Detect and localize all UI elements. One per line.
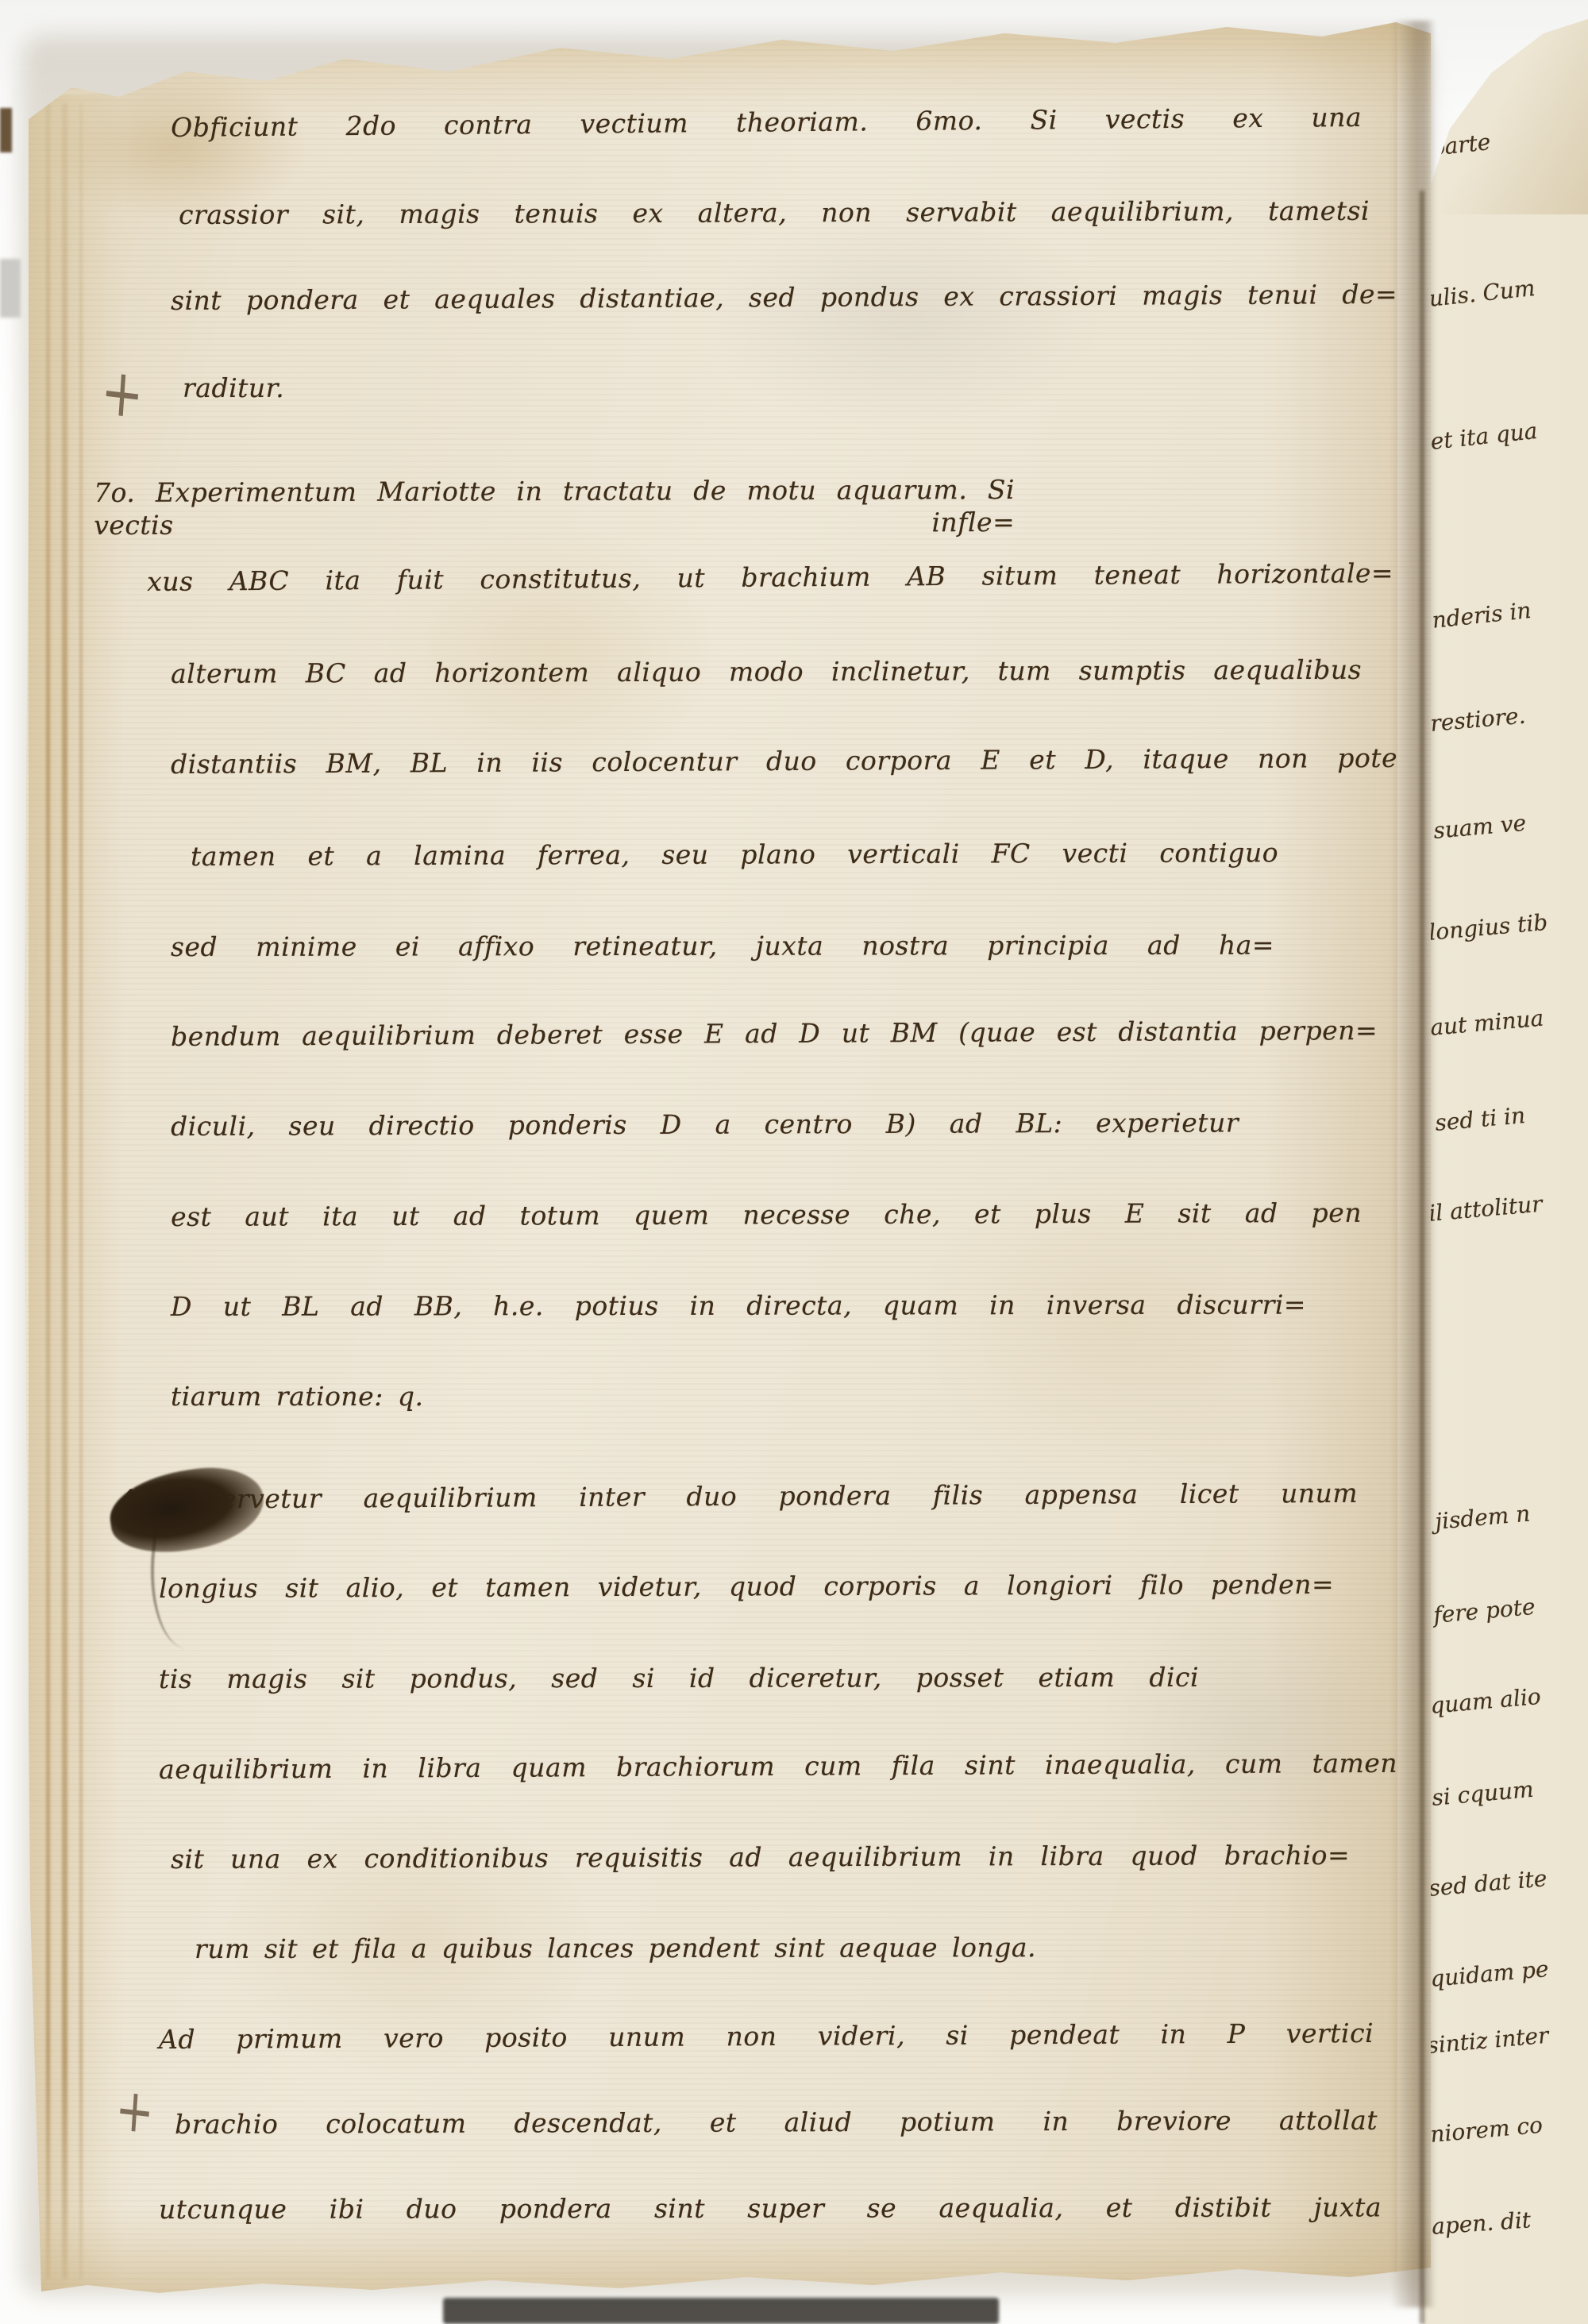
page-fold-crease <box>1420 191 1424 2324</box>
curved-edge-text-fragment: restiore. <box>1429 703 1527 738</box>
curved-edge-text-fragment: aut minua <box>1429 1005 1545 1042</box>
manuscript-text-line: brachio colocatum descendat, et aliud po… <box>175 2104 1378 2146</box>
deckle-streak <box>62 103 67 2279</box>
facing-page-top-edge <box>1423 16 1588 214</box>
manuscript-text-line: est aut ita ut ad totum quem necesse che… <box>171 1197 1362 1239</box>
manuscript-text-line: distantiis BM, BL in iis colocentur duo … <box>171 742 1397 786</box>
curved-edge-text-fragment: sed ti in <box>1434 1102 1526 1136</box>
manuscript-text-line: Ad primum vero posito unum non videri, s… <box>159 2017 1374 2061</box>
manuscript-text-line: 4o. Servetur aequilibrium inter duo pond… <box>119 1477 1358 1521</box>
curved-edge-text-fragment: longius tib <box>1428 909 1549 946</box>
manuscript-text-line: sit una ex conditionibus requisitis ad a… <box>171 1839 1350 1881</box>
manuscript-text-line: crassior sit, magis tenuis ex altera, no… <box>179 195 1370 237</box>
curved-edge-text-fragment: nderis in <box>1431 597 1532 634</box>
manuscript-text-line: 7o. Experimentum Mariotte in tractatu de… <box>94 473 1015 515</box>
manuscript-page: Obficiunt 2do contra vectium theoriam. 6… <box>0 0 1588 2324</box>
manuscript-text-line: tiarum ratione: q. <box>171 1380 423 1413</box>
margin-cross: + <box>98 359 145 430</box>
curved-edge-text-fragment: jisdem n <box>1434 1501 1531 1536</box>
manuscript-text-line: sint pondera et aequales distantiae, sed… <box>171 278 1397 322</box>
manuscript-text-line: diculi, seu directio ponderis D a centro… <box>171 1106 1239 1148</box>
curved-edge-text-fragment: sintiz inter <box>1426 2022 1550 2060</box>
left-edge-gray-mark <box>0 259 21 318</box>
curved-edge-text-fragment: quidam pe <box>1429 1956 1550 1992</box>
manuscript-text-line: bendum aequilibrium deberet esse E ad D … <box>171 1014 1378 1058</box>
manuscript-text-line: tamen et a lamina ferrea, seu plano vert… <box>191 836 1278 878</box>
manuscript-text-line: alterum BC ad horizontem aliquo modo inc… <box>171 653 1362 696</box>
manuscript-text-line: tis magis sit pondus, sed si id diceretu… <box>159 1661 1199 1701</box>
bottom-shadow-strip <box>443 2298 999 2324</box>
curved-edge-text-fragment: et ita qua <box>1429 418 1539 456</box>
paper-texture <box>0 0 1588 2324</box>
photo-background: parteulis. Cumet ita quanderis inrestior… <box>0 0 1588 2324</box>
curved-edge-text-fragment: ulis. Cum <box>1428 275 1536 312</box>
curved-edge-text-fragment: sed dat ite <box>1428 1865 1548 1902</box>
curved-edge-text-fragment: niorem co <box>1429 2112 1544 2149</box>
deckle-streak <box>46 103 50 2279</box>
manuscript-text-line: sed minime ei affixo retineatur, juxta n… <box>171 929 1274 969</box>
book-gutter-shadow <box>1391 21 1436 2307</box>
curved-edge-text-fragment: il attolitur <box>1428 1190 1544 1227</box>
manuscript-text-line: D ut BL ad BB, h.e. potius in directa, q… <box>171 1289 1306 1328</box>
binding-edge-mark <box>0 108 12 152</box>
manuscript-text-line: aequilibrium in libra quam brachiorum cu… <box>159 1747 1397 1791</box>
manuscript-text-line: utcunque ibi duo pondera sint super se a… <box>159 2191 1382 2231</box>
margin-cross: + <box>114 2079 156 2143</box>
curved-edge-text-fragment: si cquum <box>1431 1776 1535 1812</box>
manuscript-text-line: longius sit alio, et tamen videtur, quod… <box>159 1568 1334 1610</box>
curved-edge-text-fragment: apen. dit <box>1431 2206 1532 2240</box>
manuscript-text-line: raditur. <box>183 372 284 404</box>
manuscript-text-line: rum sit et fila a quibus lances pendent … <box>195 1931 1036 1965</box>
curved-edge-text-fragment: suam ve <box>1432 810 1527 845</box>
curved-edge-text-fragment: fere pote <box>1432 1594 1536 1629</box>
deckle-streak <box>79 103 83 2279</box>
curved-edge-text-fragment: quam alio <box>1429 1683 1542 1720</box>
